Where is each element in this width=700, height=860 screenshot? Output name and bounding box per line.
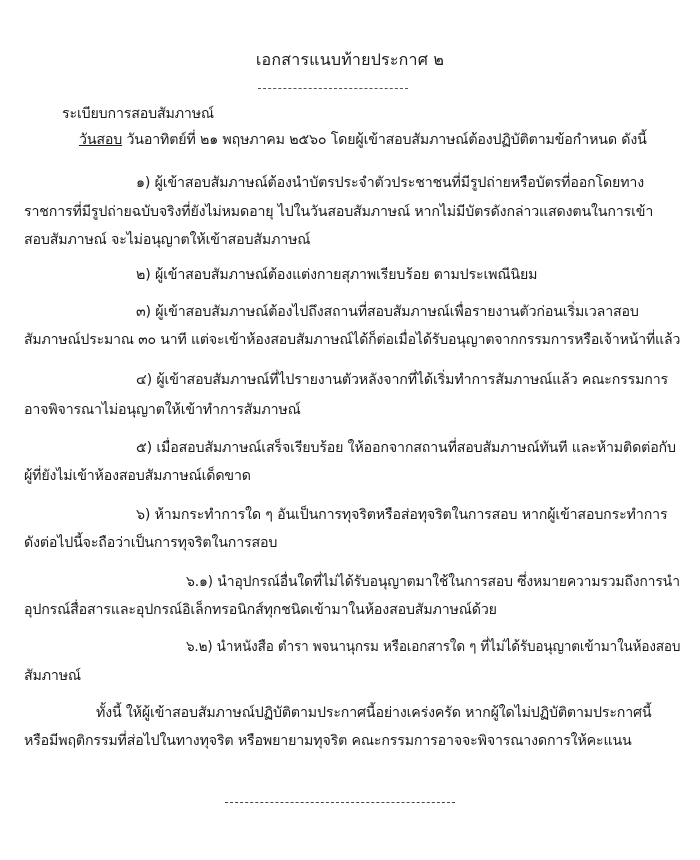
rule-5-line-2: ผู้ที่ยังไม่เข้าห้องสอบสัมภาษณ์เด็ดขาด [24, 466, 251, 486]
section-heading: ระเบียบการสอบสัมภาษณ์ [62, 104, 214, 124]
document-page: เอกสารแนบท้ายประกาศ ๒ ระเบียบการสอบสัมภา… [0, 0, 700, 860]
rule-1-line-2: ราชการที่มีรูปถ่ายฉบับจริงที่ยังไม่หมดอา… [24, 202, 653, 222]
rule-5-line-1: ๕) เมื่อสอบสัมภาษณ์เสร็จเรียบร้อย ให้ออก… [136, 438, 676, 458]
rule-4-line-2: อาจพิจารณาไม่อนุญาตให้เข้าทำการสัมภาษณ์ [24, 400, 301, 420]
exam-date-text: วันอาทิตย์ที่ ๒๑ พฤษภาคม ๒๕๖๐ โดยผู้เข้า… [122, 132, 647, 148]
rule-3-line-1: ๓) ผู้เข้าสอบสัมภาษณ์ต้องไปถึงสถานที่สอบ… [136, 302, 639, 322]
rule-6-2-line-2: สัมภาษณ์ [24, 666, 81, 686]
exam-date-label: วันสอบ [79, 132, 122, 148]
rule-1-line-3: สอบสัมภาษณ์ จะไม่อนุญาตให้เข้าสอบสัมภาษณ… [24, 230, 310, 250]
closing-line-1: ทั้งนี้ ให้ผู้เข้าสอบสัมภาษณ์ปฏิบัติตามป… [96, 703, 651, 723]
rule-2-line-1: ๒) ผู้เข้าสอบสัมภาษณ์ต้องแต่งกายสุภาพเรี… [136, 265, 537, 285]
rule-3-line-2: สัมภาษณ์ประมาณ ๓๐ นาที แต่จะเข้าห้องสอบส… [24, 330, 680, 350]
rule-6-1-line-2: อุปกรณ์สื่อสารและอุปกรณ์อิเล็กทรอนิกส์ทุ… [24, 600, 497, 620]
title-divider [258, 88, 408, 89]
closing-line-2: หรือมีพฤติกรรมที่ส่อไปในทางทุจริต หรือพย… [24, 731, 632, 751]
rule-6-line-2: ดังต่อไปนี้จะถือว่าเป็นการทุจริตในการสอบ [24, 533, 277, 553]
document-title: เอกสารแนบท้ายประกาศ ๒ [0, 48, 700, 73]
rule-4-line-1: ๔) ผู้เข้าสอบสัมภาษณ์ที่ไปรายงานตัวหลังจ… [136, 370, 668, 390]
end-divider [225, 802, 455, 803]
rule-6-1-line-1: ๖.๑) นำอุปกรณ์อื่นใดที่ไม่ได้รับอนุญาตมา… [186, 572, 680, 592]
exam-date-line: วันสอบ วันอาทิตย์ที่ ๒๑ พฤษภาคม ๒๕๖๐ โดย… [79, 130, 647, 150]
rule-6-2-line-1: ๖.๒) นำหนังสือ ตำรา พจนานุกรม หรือเอกสาร… [186, 637, 680, 657]
rule-1-line-1: ๑) ผู้เข้าสอบสัมภาษณ์ต้องนำบัตรประจำตัวป… [136, 173, 644, 193]
rule-6-line-1: ๖) ห้ามกระทำการใด ๆ อันเป็นการทุจริตหรือ… [136, 505, 667, 525]
